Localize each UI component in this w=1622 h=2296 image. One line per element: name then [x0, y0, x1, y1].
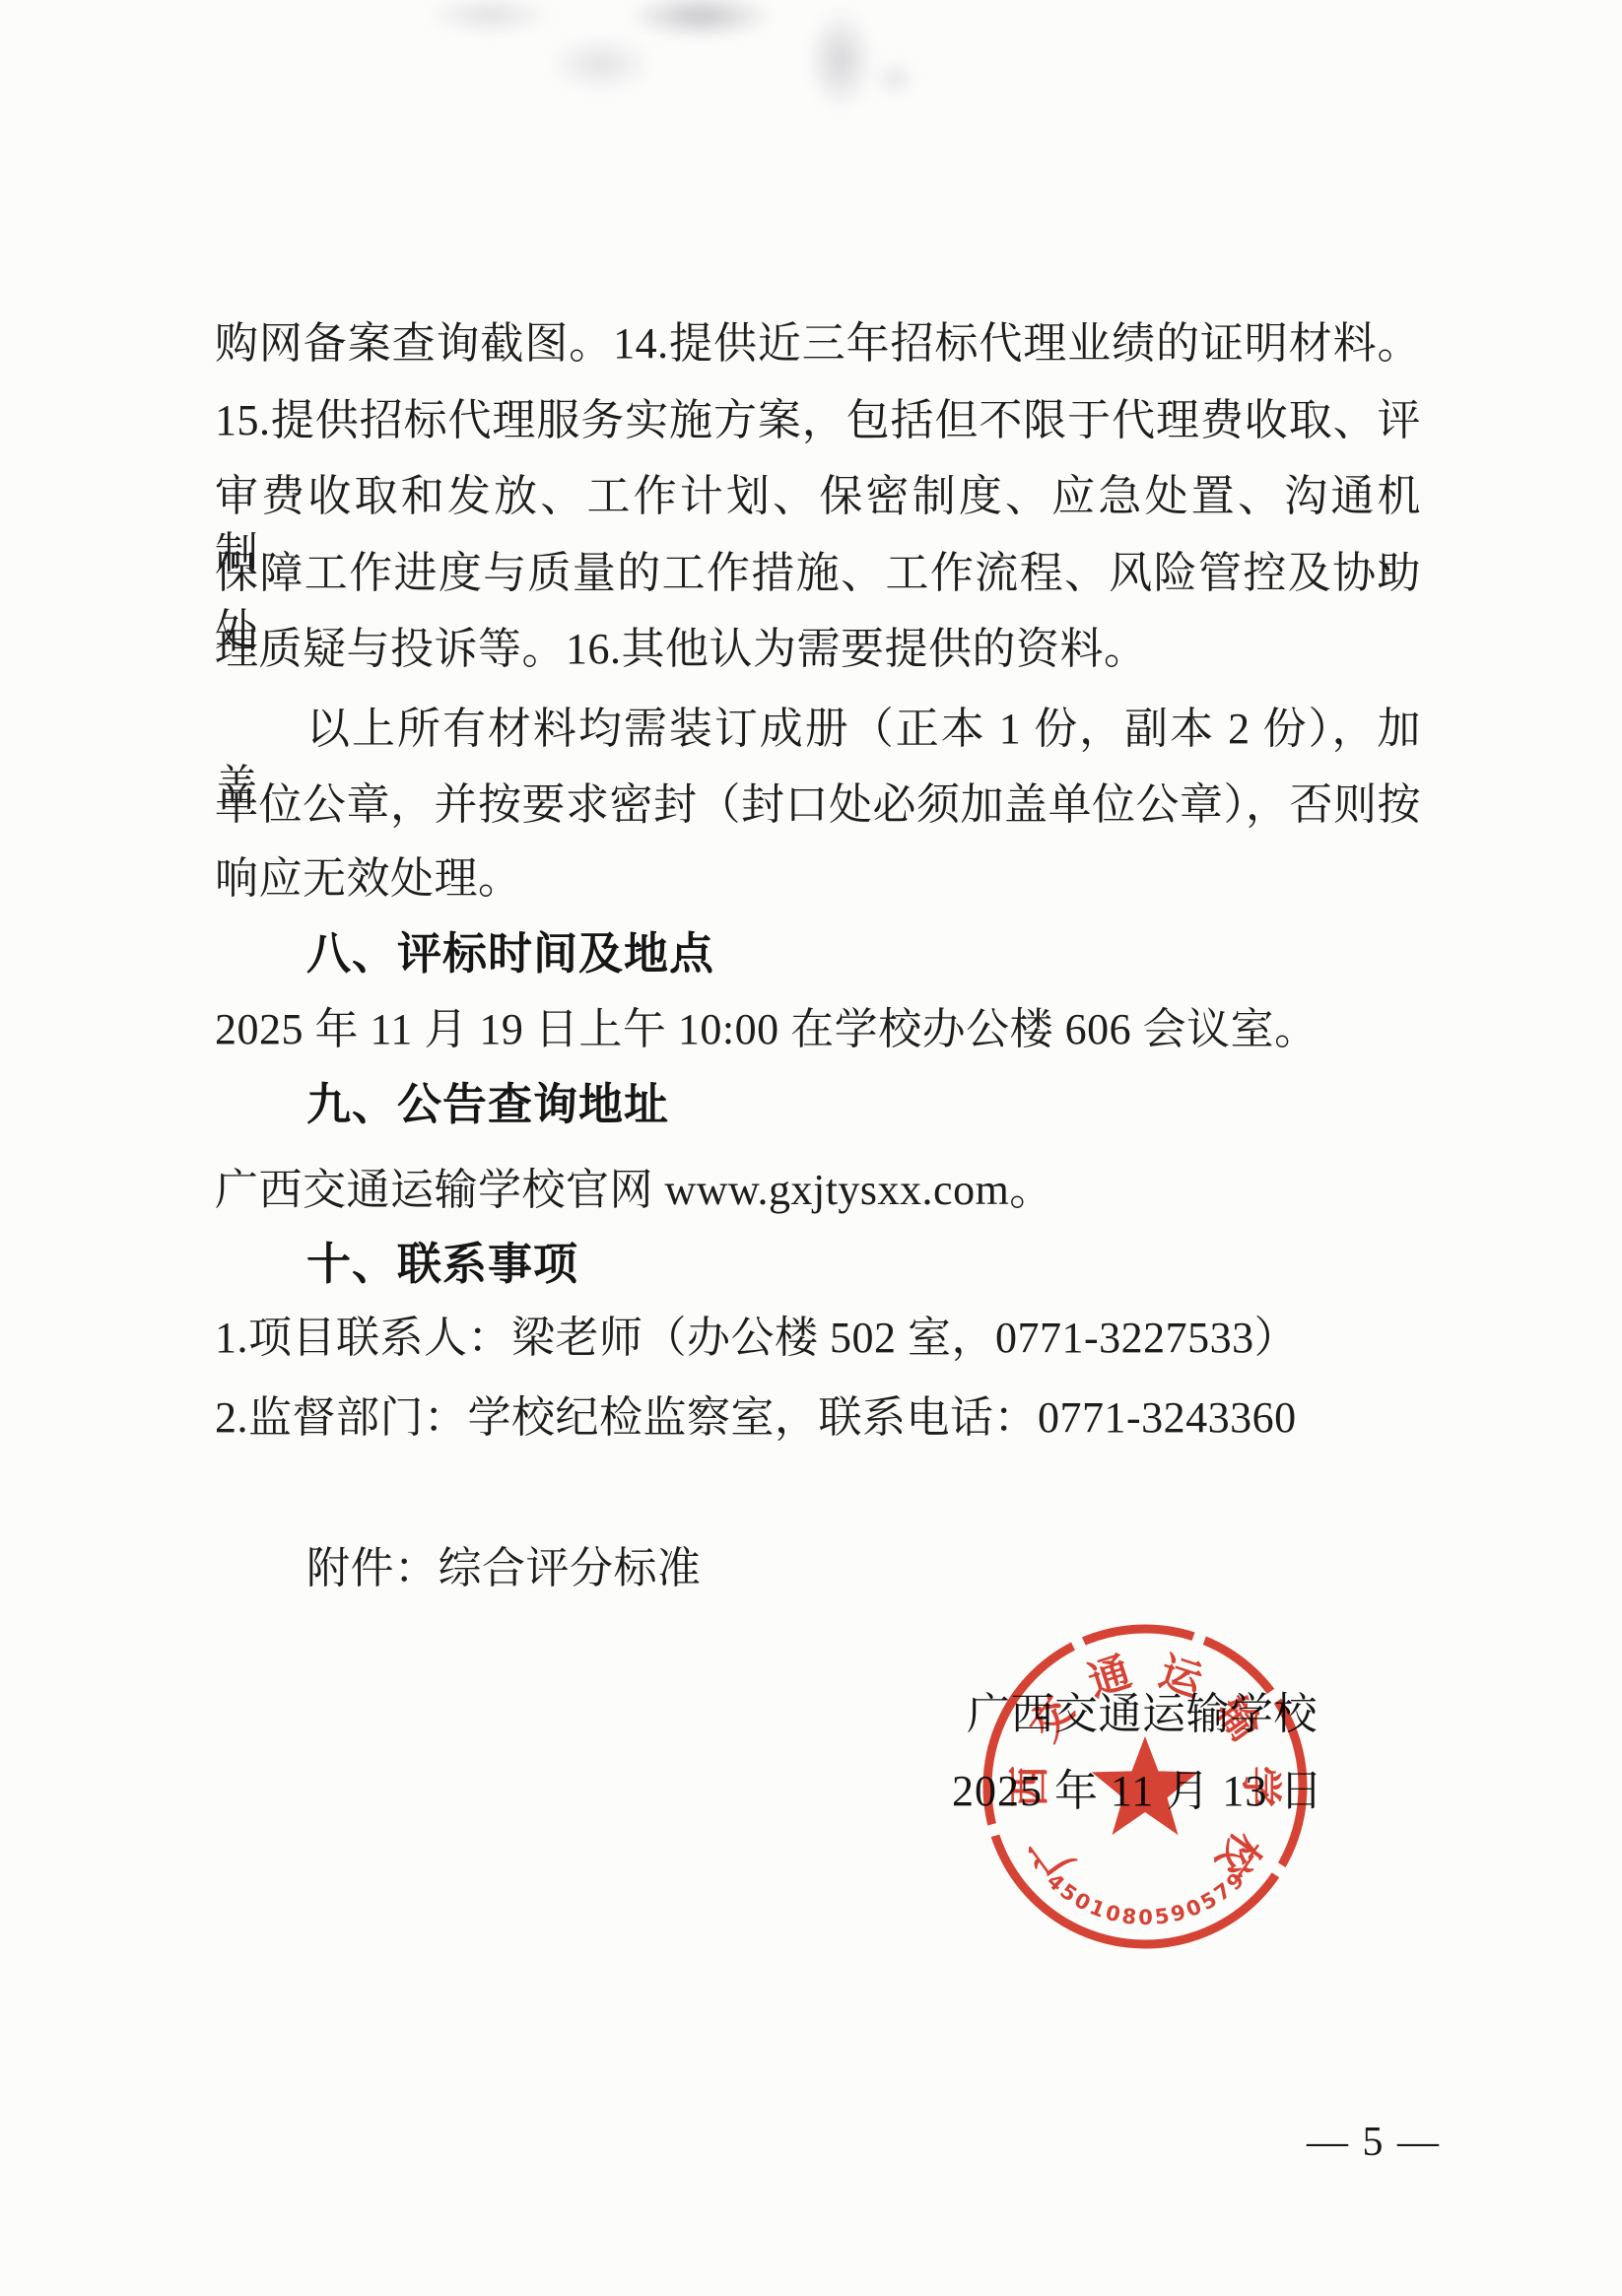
scan-smudge [547, 34, 655, 94]
section-9-text: 广西交通运输学校官网 www.gxjtysxx.com。 [215, 1162, 1421, 1223]
contact-line-2: 2.监督部门：学校纪检监察室，联系电话：0771-3243360 [215, 1389, 1421, 1451]
contact-line-1: 1.项目联系人：梁老师（办公楼 502 室，0771-3227533） [215, 1310, 1421, 1371]
svg-text:学: 学 [1237, 1766, 1283, 1807]
scan-smudge [627, 0, 775, 39]
body-line: 单位公章，并按要求密封（封口处必须加盖单位公章），否则按 [215, 777, 1421, 838]
body-line: 15.提供招标代理服务实施方案，包括但不限于代理费收取、评 [215, 392, 1421, 453]
svg-text:5: 5 [1153, 1904, 1171, 1929]
body-line: 购网备案查询截图。14.提供近三年招标代理业绩的证明材料。 [215, 315, 1421, 376]
body-line: 以上所有材料均需装订成册（正本 1 份，副本 2 份），加盖 [215, 701, 1421, 762]
body-line: 理质疑与投诉等。16.其他认为需要提供的资料。 [215, 621, 1421, 682]
section-8-text: 2025 年 11 月 19 日上午 10:00 在学校办公楼 606 会议室。 [215, 1001, 1421, 1062]
section-heading-10: 十、联系事项 [215, 1236, 1421, 1297]
document-page: 购网备案查询截图。14.提供近三年招标代理业绩的证明材料。 15.提供招标代理服… [0, 0, 1622, 2296]
scan-smudge [872, 59, 917, 99]
svg-text:运: 运 [1154, 1650, 1208, 1706]
svg-text:通: 通 [1083, 1649, 1136, 1706]
body-line: 审费收取和发放、工作计划、保密制度、应急处置、沟通机制、 [215, 468, 1421, 529]
scan-smudge [806, 8, 875, 111]
seal-code-text: 4501080590579 [1043, 1868, 1249, 1929]
body-line: 响应无效处理。 [215, 850, 1421, 912]
section-heading-8: 八、评标时间及地点 [215, 925, 1421, 986]
svg-text:西: 西 [1008, 1766, 1053, 1807]
attachment-note: 附件：综合评分标准 [215, 1540, 1421, 1601]
seal-star-icon [1092, 1736, 1198, 1835]
page-number: — 5 — [1307, 2119, 1454, 2166]
svg-text:交: 交 [1021, 1689, 1083, 1750]
svg-text:8: 8 [1120, 1904, 1137, 1929]
section-heading-9: 九、公告查询地址 [215, 1076, 1421, 1137]
body-line: 保障工作进度与质量的工作措施、工作流程、风险管控及协助处 [215, 545, 1421, 606]
scan-smudge [426, 0, 554, 35]
svg-text:0: 0 [1138, 1906, 1153, 1929]
official-seal: 广西交通运输学校 4501080590579 [978, 1619, 1313, 1954]
svg-text:输: 输 [1206, 1687, 1269, 1749]
